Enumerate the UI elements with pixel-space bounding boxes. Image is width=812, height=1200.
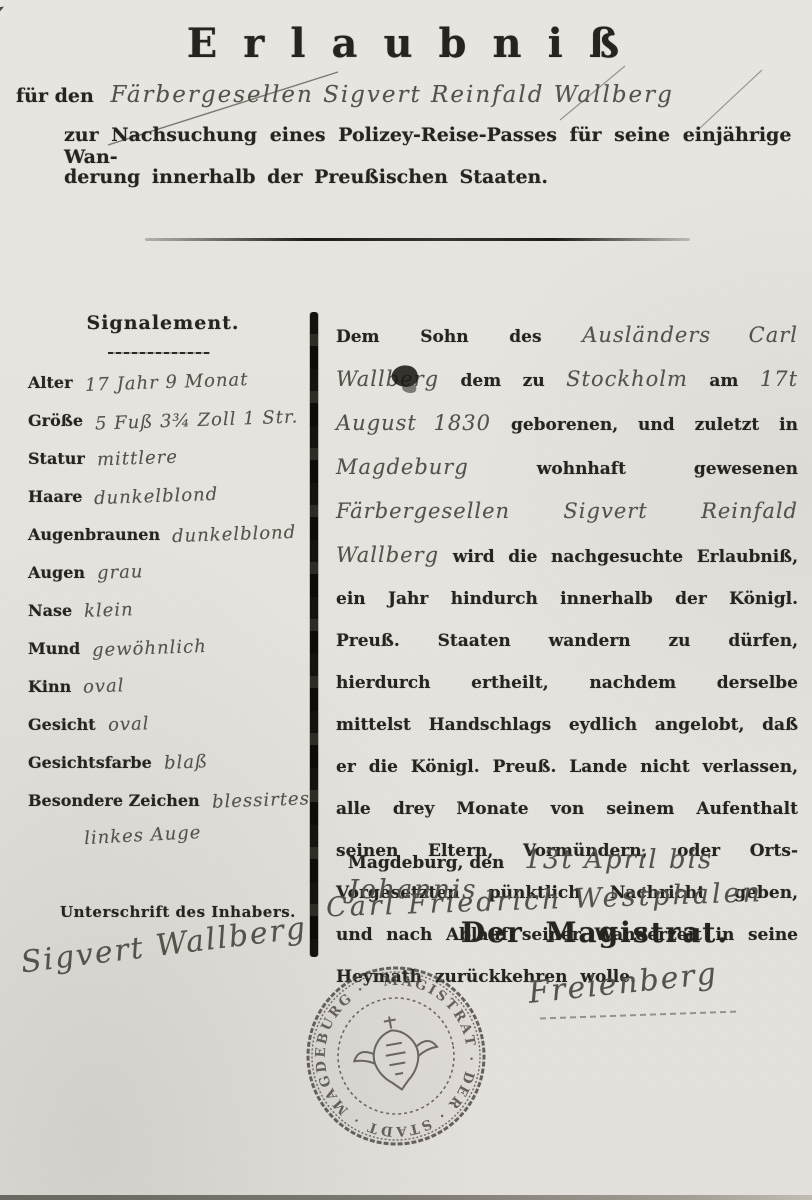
field-label: Haare bbox=[28, 487, 82, 506]
residence-handwritten: Magdeburg bbox=[336, 455, 469, 479]
body-printed: Dem Sohn des bbox=[336, 327, 582, 347]
field-value-handwritten: dunkelblond bbox=[172, 522, 297, 547]
field-label: Alter bbox=[28, 373, 73, 392]
field-value-handwritten: blaß bbox=[163, 751, 208, 774]
signalement-row: Augen grau bbox=[28, 562, 318, 600]
permit-document-page: Erlaubniß für den Färbergesellen Sigvert… bbox=[0, 0, 812, 1200]
signalement-row: Mund gewöhnlich bbox=[28, 638, 318, 676]
body-printed: dem zu bbox=[439, 371, 566, 391]
field-label: Augen bbox=[28, 563, 85, 582]
body-printed: geborenen, und zuletzt in bbox=[491, 415, 798, 435]
official-seal-stamp: MAGISTRAT · DER · STADT · MAGDEBURG · bbox=[282, 942, 509, 1169]
field-value-handwritten: klein bbox=[84, 599, 134, 622]
signalement-row: Gesicht oval bbox=[28, 714, 318, 752]
body-printed: wohnhaft gewesenen bbox=[469, 459, 798, 479]
field-value-handwritten: oval bbox=[83, 675, 125, 697]
body-printed: am bbox=[688, 371, 760, 391]
field-label: Gesichtsfarbe bbox=[28, 753, 152, 772]
place-printed: Magdeburg, den bbox=[348, 853, 504, 873]
field-label: Besondere Zeichen bbox=[28, 791, 200, 810]
holder-name-handwritten: Färbergesellen Sigvert Reinfald Wallberg bbox=[110, 82, 673, 108]
signalement-row: Augenbraunen dunkelblond bbox=[28, 524, 318, 562]
intro-line-2: zur Nachsuchung eines Polizey-Reise-Pass… bbox=[64, 124, 794, 168]
field-label: Nase bbox=[28, 601, 72, 620]
field-value-handwritten: 5 Fuß 3¾ Zoll 1 Str. bbox=[95, 406, 299, 434]
signalement-row: Größe 5 Fuß 3¾ Zoll 1 Str. bbox=[28, 410, 318, 448]
signalement-row: Haare dunkelblond bbox=[28, 486, 318, 524]
signalement-heading: Signalement. bbox=[58, 312, 268, 334]
signalement-underline bbox=[108, 352, 210, 354]
field-value-handwritten: gewöhnlich bbox=[92, 636, 207, 661]
field-label: Augenbraunen bbox=[28, 525, 160, 544]
field-label: Statur bbox=[28, 449, 85, 468]
field-value-handwritten: blessirtes bbox=[211, 788, 310, 812]
seal-ink-wash bbox=[294, 954, 498, 1158]
signalement-row: Gesichtsfarbe blaß bbox=[28, 752, 318, 790]
intro-prefix: für den bbox=[16, 85, 94, 107]
magistrat-label: Der Magistrat. bbox=[430, 916, 760, 949]
field-value-handwritten: dunkelblond bbox=[94, 484, 219, 509]
signalement-row: Statur mittlere bbox=[28, 448, 318, 486]
field-label: Gesicht bbox=[28, 715, 96, 734]
signature-flourish bbox=[540, 1011, 740, 1020]
birthplace-handwritten: Stockholm bbox=[566, 367, 688, 391]
vertical-divider bbox=[310, 312, 318, 957]
field-value-handwritten: grau bbox=[97, 561, 144, 584]
holder-signature: Sigvert Wallberg bbox=[19, 911, 309, 981]
field-value-handwritten: 17 Jahr 9 Monat bbox=[84, 369, 248, 396]
intro-line-1: für den Färbergesellen Sigvert Reinfald … bbox=[16, 82, 796, 108]
field-value-handwritten: mittlere bbox=[96, 447, 178, 471]
document-title: Erlaubniß bbox=[0, 20, 812, 67]
signalement-row: Nase klein bbox=[28, 600, 318, 638]
field-value-handwritten: oval bbox=[107, 713, 149, 735]
horizontal-rule bbox=[145, 238, 690, 241]
signalement-row: Alter 17 Jahr 9 Monat bbox=[28, 372, 318, 410]
field-label: Mund bbox=[28, 639, 80, 658]
intro-line-3: derung innerhalb der Preußischen Staaten… bbox=[64, 166, 764, 188]
field-label: Größe bbox=[28, 411, 83, 430]
signalement-section: Alter 17 Jahr 9 Monat Größe 5 Fuß 3¾ Zol… bbox=[28, 372, 318, 843]
field-label: Kinn bbox=[28, 677, 71, 696]
signalement-row: Kinn oval bbox=[28, 676, 318, 714]
